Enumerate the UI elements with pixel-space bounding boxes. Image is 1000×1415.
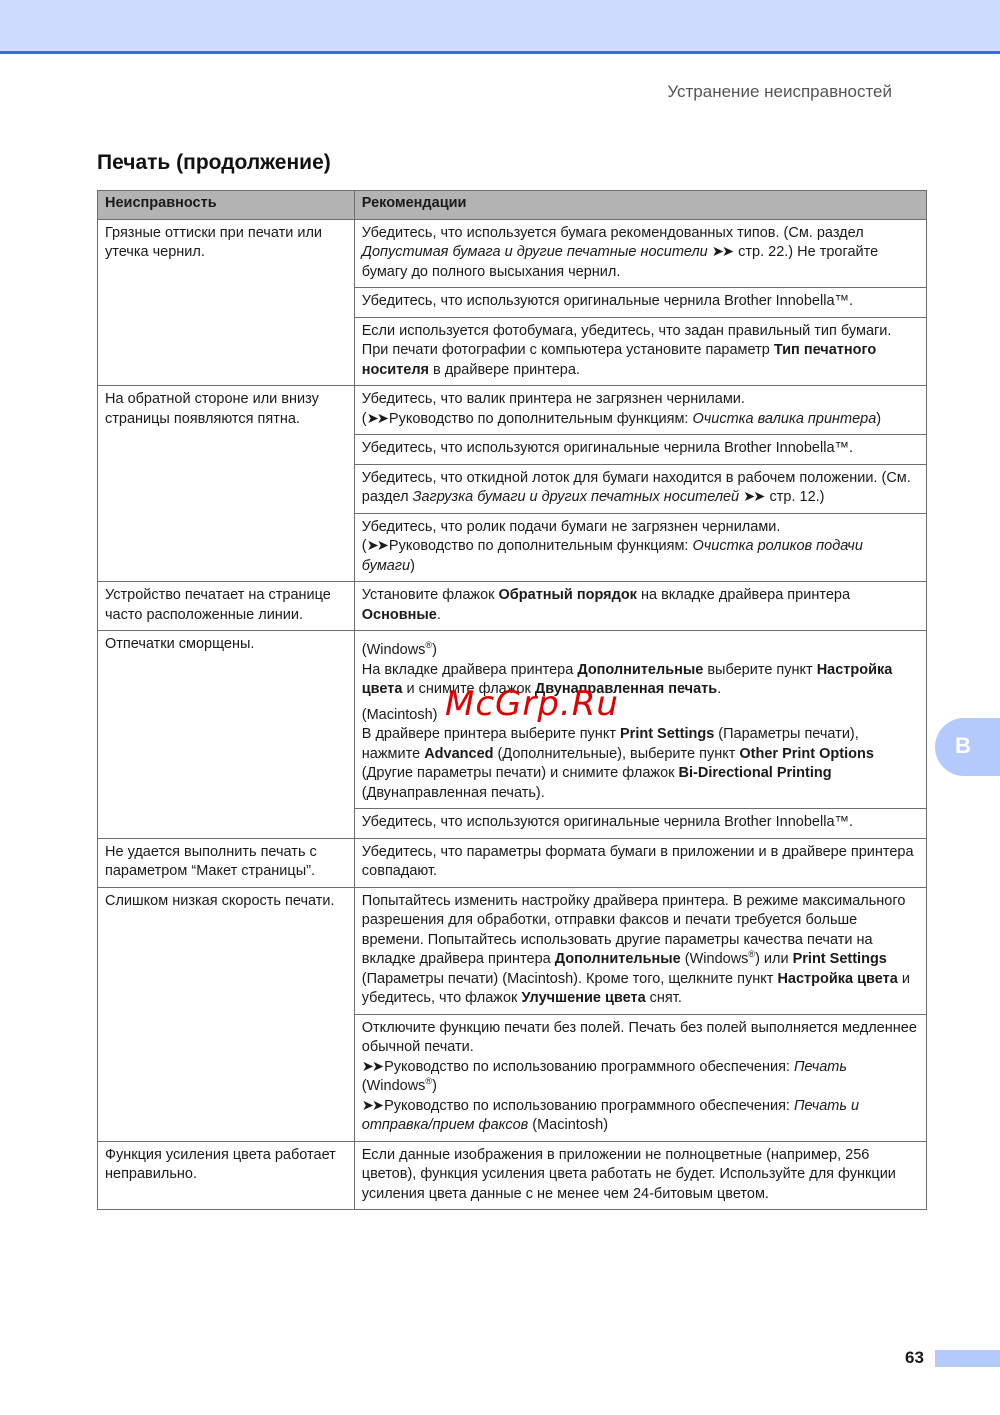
text: Убедитесь, что используется бумага реком… <box>362 225 864 241</box>
reference-title: Печать <box>794 1059 847 1075</box>
text: (Macintosh) <box>362 707 438 723</box>
bold-term: Улучшение цвета <box>521 990 645 1006</box>
problem-cell: Устройство печатает на странице часто ра… <box>98 582 355 631</box>
text: Руководство по использованию программног… <box>384 1059 794 1075</box>
problem-cell: На обратной стороне или внизу страницы п… <box>98 386 355 582</box>
double-arrow-icon: ➤➤ <box>362 1098 382 1114</box>
text: . <box>717 681 721 697</box>
bold-term: Дополнительные <box>555 951 681 967</box>
text: Руководство по дополнительным функциям: <box>389 411 693 427</box>
text: (Другие параметры печати) и снимите флаж… <box>362 765 679 781</box>
double-arrow-icon: ➤➤ <box>712 244 732 260</box>
recommendation-cell: Убедитесь, что откидной лоток для бумаги… <box>354 464 926 513</box>
table-row: Функция усиления цвета работает неправил… <box>98 1141 927 1210</box>
text: Установите флажок <box>362 587 499 603</box>
text: (Параметры печати) (Macintosh). Кроме то… <box>362 971 778 987</box>
double-arrow-icon: ➤➤ <box>367 538 387 554</box>
text: выберите пункт <box>703 662 816 678</box>
text: на вкладке драйвера принтера <box>637 587 850 603</box>
text: Убедитесь, что используются оригинальные… <box>362 440 853 456</box>
bold-term: Print Settings <box>620 726 714 742</box>
table-row: Устройство печатает на странице часто ра… <box>98 582 927 631</box>
watermark: McGrp.Ru <box>445 684 619 724</box>
text: Если данные изображения в приложении не … <box>362 1147 896 1202</box>
text: Убедитесь, что ролик подачи бумаги не за… <box>362 519 781 535</box>
text: Убедитесь, что используются оригинальные… <box>362 293 853 309</box>
chapter-tab-label: B <box>955 733 971 759</box>
text: (Двунаправленная печать). <box>362 785 545 801</box>
bold-term: Other Print Options <box>739 746 874 762</box>
recommendation-cell: Убедитесь, что используется бумага реком… <box>354 219 926 288</box>
text: в драйвере принтера. <box>429 362 580 378</box>
running-head: Устранение неисправностей <box>667 82 892 102</box>
bold-term: Настройка цвета <box>777 971 897 987</box>
table-row: Не удается выполнить печать с параметром… <box>98 838 927 887</box>
text: Отключите функцию печати без полей. Печа… <box>362 1020 917 1056</box>
recommendation-cell: Убедитесь, что используются оригинальные… <box>354 288 926 318</box>
bold-term: Advanced <box>424 746 493 762</box>
section-title: Печать (продолжение) <box>97 151 331 175</box>
problem-cell: Грязные оттиски при печати или утечка че… <box>98 219 355 386</box>
text: Убедитесь, что параметры формата бумаги … <box>362 844 914 880</box>
table-header-row: Неисправность Рекомендации <box>98 191 927 220</box>
text: В драйвере принтера выберите пункт <box>362 726 620 742</box>
text: На вкладке драйвера принтера <box>362 662 578 678</box>
text: Убедитесь, что валик принтера не загрязн… <box>362 391 745 407</box>
bold-term: Дополнительные <box>577 662 703 678</box>
recommendation-cell: Убедитесь, что используются оригинальные… <box>354 435 926 465</box>
recommendation-cell: Если используется фотобумага, убедитесь,… <box>354 317 926 386</box>
recommendation-cell: (Windows®)На вкладке драйвера принтера Д… <box>354 631 926 809</box>
double-arrow-icon: ➤➤ <box>362 1059 382 1075</box>
recommendation-cell: Отключите функцию печати без полей. Печа… <box>354 1014 926 1141</box>
recommendation-cell: Убедитесь, что параметры формата бумаги … <box>354 838 926 887</box>
problem-cell: Не удается выполнить печать с параметром… <box>98 838 355 887</box>
table-row: На обратной стороне или внизу страницы п… <box>98 386 927 435</box>
page-number: 63 <box>905 1348 924 1368</box>
text: стр. 12.) <box>765 489 824 505</box>
recommendation-cell: Убедитесь, что ролик подачи бумаги не за… <box>354 513 926 582</box>
recommendation-cell: Попытайтесь изменить настройку драйвера … <box>354 887 926 1014</box>
bold-term: Основные <box>362 607 437 623</box>
text: снят. <box>646 990 682 1006</box>
text: Убедитесь, что используются оригинальные… <box>362 814 853 830</box>
text: ( <box>362 411 367 427</box>
problem-cell: Функция усиления цвета работает неправил… <box>98 1141 355 1210</box>
recommendation-cell: Если данные изображения в приложении не … <box>354 1141 926 1210</box>
text: ) <box>876 411 881 427</box>
reference-title: Очистка валика принтера <box>692 411 876 427</box>
text: . <box>437 607 441 623</box>
reference-title: Допустимая бумага и другие печатные носи… <box>362 244 708 260</box>
double-arrow-icon: ➤➤ <box>367 411 387 427</box>
text: (Windows <box>681 951 749 967</box>
table-row: Грязные оттиски при печати или утечка че… <box>98 219 927 288</box>
table-row: Слишком низкая скорость печати.Попытайте… <box>98 887 927 1014</box>
page-number-bar <box>935 1350 1000 1367</box>
text: (Windows <box>362 1078 426 1094</box>
header-band <box>0 0 1000 54</box>
text: Руководство по дополнительным функциям: <box>389 538 693 554</box>
bold-term: Print Settings <box>793 951 887 967</box>
double-arrow-icon: ➤➤ <box>743 489 763 505</box>
text: Руководство по использованию программног… <box>384 1098 794 1114</box>
bold-term: Обратный порядок <box>499 587 637 603</box>
recommendation-cell: Убедитесь, что используются оригинальные… <box>354 809 926 839</box>
text: ) <box>432 642 437 658</box>
text: ) или <box>755 951 793 967</box>
text: ) <box>432 1078 437 1094</box>
bold-term: Bi-Directional Printing <box>679 765 832 781</box>
recommendation-cell: Убедитесь, что валик принтера не загрязн… <box>354 386 926 435</box>
text: ) <box>410 558 415 574</box>
column-header-problem: Неисправность <box>98 191 355 220</box>
problem-cell: Слишком низкая скорость печати. <box>98 887 355 1141</box>
text: ( <box>362 538 367 554</box>
recommendation-cell: Установите флажок Обратный порядок на вк… <box>354 582 926 631</box>
text: (Дополнительные), выберите пункт <box>494 746 740 762</box>
text: (Windows <box>362 642 426 658</box>
text: (Macintosh) <box>528 1117 608 1133</box>
problem-cell: Отпечатки сморщены. <box>98 631 355 839</box>
reference-title: Загрузка бумаги и других печатных носите… <box>413 489 740 505</box>
column-header-recommendations: Рекомендации <box>354 191 926 220</box>
chapter-tab[interactable]: B <box>935 718 1000 776</box>
